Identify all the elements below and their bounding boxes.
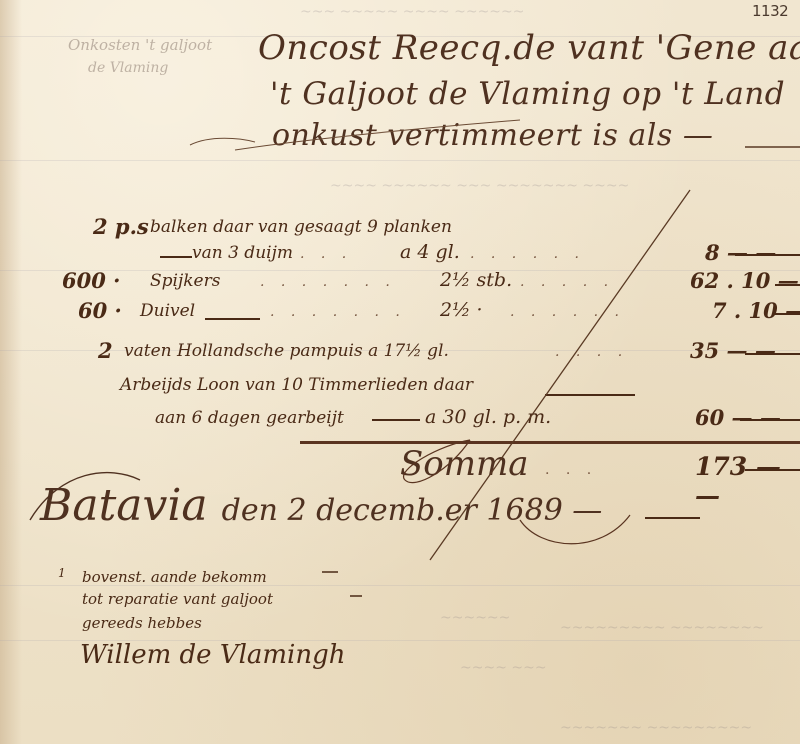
leader-dots: . . . . . . . xyxy=(260,274,396,290)
manuscript-page: ~~~ ~~~~~ ~~~~ ~~~~~~ ~~~~ ~~~~~~ ~~~ ~~… xyxy=(0,0,800,744)
margin-note-line1: Onkosten 't galjoot xyxy=(68,36,212,54)
place-name: Batavia xyxy=(40,480,208,531)
item-amount: 62 . 10 — xyxy=(690,268,799,293)
item-quantity: 2 xyxy=(98,338,113,363)
item-description: balken daar van gesaagt 9 planken xyxy=(150,217,452,237)
total-label: Somma xyxy=(400,444,529,484)
leader-dots: . . . . . . . xyxy=(270,304,406,320)
line-item: 60 · Duivel . . . . . . . 2½ · . . . . .… xyxy=(0,298,800,326)
ruling-line xyxy=(0,160,800,161)
attestation-line-2: tot reparatie vant galjoot xyxy=(82,590,273,608)
attestation-line-1: bovenst. aande bekomm xyxy=(82,568,267,586)
bleed-through-text: ~~~~~~ xyxy=(440,610,510,626)
item-amount: 35 — — xyxy=(690,338,776,363)
bleed-through-text: ~~~~ ~~~ xyxy=(460,660,547,676)
item-amount: 60 — — xyxy=(695,405,781,430)
margin-note-line2: de Vlaming xyxy=(88,60,168,76)
total-rule xyxy=(300,441,800,444)
line-item-continuation: van 3 duijm . . . a 4 gl. . . . . . . 8 … xyxy=(0,240,800,268)
heading-line-3: onkust vertimmeert is als — xyxy=(272,118,713,153)
leader-dots: . . . xyxy=(545,462,597,478)
item-quantity: 600 · xyxy=(62,268,120,293)
page-number: 1132 xyxy=(752,2,788,20)
line-item-continuation: aan 6 dagen gearbeijt a 30 gl. p. m. 60 … xyxy=(0,405,800,433)
item-rate: a 4 gl. xyxy=(400,241,460,263)
leader-dots: . . . xyxy=(300,246,352,262)
place-date-line: Batavia den 2 decemb.er 1689 — xyxy=(40,480,602,531)
flourish-stroke xyxy=(205,318,260,320)
attestation-line-3: gereeds hebbes xyxy=(82,614,202,632)
item-description: Arbeijds Loon van 10 Timmerlieden daar xyxy=(120,375,473,395)
line-item: Arbeijds Loon van 10 Timmerlieden daar xyxy=(0,372,800,400)
leader-dots: . . . . . . xyxy=(470,246,585,262)
line-item: 600 · Spijkers . . . . . . . 2½ stb. . .… xyxy=(0,268,800,296)
item-description: Spijkers xyxy=(150,271,220,291)
bleed-through-text: ~~~~~~~~~ ~~~~~~~~ xyxy=(560,620,764,636)
item-rate: a 30 gl. p. m. xyxy=(425,406,551,428)
item-rate: 2½ · xyxy=(440,299,483,321)
item-rate: 2½ stb. xyxy=(440,269,512,291)
item-quantity: 2 p.s xyxy=(93,214,149,239)
bleed-through-text: ~~~ ~~~~~ ~~~~ ~~~~~~ xyxy=(300,4,525,20)
heading-line-2: 't Galjoot de Vlaming op 't Land xyxy=(270,76,785,112)
attestation-marker: 1 xyxy=(58,566,66,580)
signature: Willem de Vlamingh xyxy=(80,640,346,670)
item-description: Duivel xyxy=(140,301,195,321)
item-amount: 7 . 10 — xyxy=(712,298,800,323)
item-description-cont: van 3 duijm xyxy=(192,243,293,263)
item-amount: 8 — — xyxy=(705,240,776,265)
leader-dots: . . . . xyxy=(555,344,628,360)
leader-dots: . . . . . . xyxy=(510,304,625,320)
bleed-through-text: ~~~~~~~ ~~~~~~~~~ xyxy=(560,720,752,736)
heading-line-1: Oncost Reecq.de vant 'Gene aan xyxy=(258,28,800,68)
total-amount: 173 — — xyxy=(695,452,800,510)
line-item: 2 vaten Hollandsche pampuis a 17½ gl. . … xyxy=(0,338,800,366)
item-description-cont: aan 6 dagen gearbeijt xyxy=(155,408,344,428)
flourish-stroke xyxy=(545,394,635,396)
item-quantity: 60 · xyxy=(78,298,122,323)
date-text: den 2 decemb.er 1689 — xyxy=(222,493,603,528)
leader-dots: . . . . . xyxy=(520,274,614,290)
flourish-stroke xyxy=(160,256,192,258)
line-item: 2 p.s balken daar van gesaagt 9 planken xyxy=(0,214,800,242)
item-description: vaten Hollandsche pampuis a 17½ gl. xyxy=(124,341,449,361)
bleed-through-text: ~~~~ ~~~~~~ ~~~ ~~~~~~~ ~~~~ xyxy=(330,178,629,194)
flourish-stroke xyxy=(372,419,420,421)
